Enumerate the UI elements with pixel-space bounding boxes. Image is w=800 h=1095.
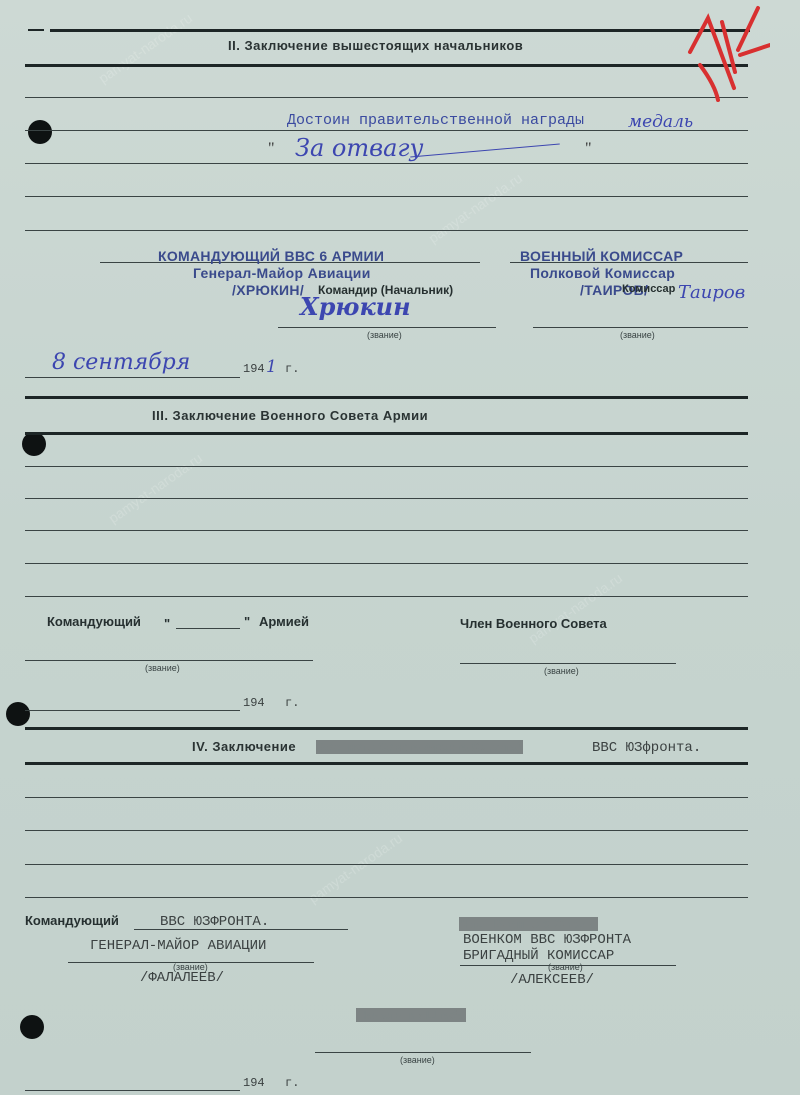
form-line bbox=[25, 596, 748, 597]
signature-line bbox=[315, 1052, 531, 1053]
divider bbox=[25, 727, 748, 730]
divider bbox=[25, 762, 748, 765]
commander-signature: Хрюкин bbox=[300, 292, 411, 321]
divider bbox=[50, 29, 750, 32]
red-pencil-mark-icon bbox=[660, 0, 770, 110]
form-line bbox=[25, 897, 748, 898]
award-sheet-page: pamyat-naroda.ru pamyat-naroda.ru pamyat… bbox=[0, 0, 800, 1095]
form-line bbox=[25, 864, 748, 865]
date-year: 194 bbox=[243, 1076, 265, 1090]
army-commander-label: Командующий bbox=[47, 614, 141, 629]
date-line bbox=[25, 1090, 240, 1091]
date-suffix: г. bbox=[285, 1076, 299, 1090]
punch-hole bbox=[28, 120, 52, 144]
signature-line bbox=[533, 327, 748, 328]
date-line bbox=[25, 377, 240, 378]
award-type-handwritten: медаль bbox=[628, 112, 693, 132]
quote-open: " bbox=[164, 616, 170, 631]
date-line bbox=[25, 710, 240, 711]
rank-label: (звание) bbox=[548, 962, 583, 972]
form-line bbox=[25, 797, 748, 798]
quote-open: " bbox=[268, 140, 275, 158]
council-member-line1: ВОЕНКОМ ВВС ЮЗФРОНТА bbox=[463, 932, 631, 948]
date-suffix: г. bbox=[285, 696, 299, 710]
date-year: 194 bbox=[243, 362, 265, 376]
commander-stamp-line1: КОМАНДУЮЩИЙ ВВС 6 АРМИИ bbox=[158, 248, 384, 264]
form-line bbox=[25, 163, 748, 164]
commissar-signature: Таиров bbox=[678, 282, 745, 303]
rank-label: (звание) bbox=[544, 666, 579, 676]
divider bbox=[25, 64, 748, 67]
quote-close: " bbox=[244, 614, 250, 629]
award-name-handwritten: За отвагу bbox=[295, 134, 423, 162]
date-year-handwritten: 1 bbox=[266, 357, 277, 377]
punch-hole bbox=[20, 1015, 44, 1039]
commissar-stamp-line2: Полковой Комиссар bbox=[530, 265, 675, 281]
redacted-heading: Военного Совета Фронта (Округа) bbox=[316, 740, 523, 754]
council-member-label: Член Военного Совета bbox=[460, 616, 607, 631]
watermark: pamyat-naroda.ru bbox=[425, 170, 525, 246]
redacted-text: Член Военного Совета bbox=[459, 915, 598, 933]
redacted-chief-of-staff: Начальник Штаба bbox=[356, 1008, 466, 1022]
section-4-heading-prefix: IV. Заключение bbox=[192, 739, 296, 754]
section-3-heading: III. Заключение Военного Совета Армии bbox=[152, 408, 428, 423]
redacted-text: Начальник Штаба bbox=[356, 1006, 466, 1024]
front-commander-name: /ФАЛАЛЕЕВ/ bbox=[140, 970, 224, 986]
date-suffix: г. bbox=[285, 362, 299, 376]
rank-label: (звание) bbox=[620, 330, 655, 340]
quote-close: " bbox=[585, 140, 592, 158]
front-commander-label: Командующий bbox=[25, 913, 119, 928]
rank-label: (звание) bbox=[145, 663, 180, 673]
ink-stroke bbox=[410, 143, 560, 157]
signature-line bbox=[25, 660, 313, 661]
form-line bbox=[25, 466, 748, 467]
commander-stamp-name: /ХРЮКИН/ bbox=[232, 282, 304, 298]
section-4-heading-typed: ВВС ЮЗфронта. bbox=[592, 740, 701, 756]
form-line bbox=[25, 563, 748, 564]
commander-stamp-line2: Генерал-Майор Авиации bbox=[193, 265, 371, 281]
form-line bbox=[25, 498, 748, 499]
army-label: Армией bbox=[259, 614, 309, 629]
divider bbox=[25, 432, 748, 435]
council-member-line2: БРИГАДНЫЙ КОМИССАР bbox=[463, 948, 614, 964]
punch-hole bbox=[22, 432, 46, 456]
divider bbox=[28, 29, 44, 31]
watermark: pamyat-naroda.ru bbox=[95, 10, 195, 86]
rank-label: (звание) bbox=[367, 330, 402, 340]
commissar-stamp-line1: ВОЕННЫЙ КОМИССАР bbox=[520, 248, 683, 264]
form-line bbox=[25, 196, 748, 197]
date-handwritten: 8 сентября bbox=[52, 350, 190, 375]
form-line bbox=[25, 97, 748, 98]
section-2-heading: II. Заключение вышестоящих начальников bbox=[228, 38, 523, 53]
commissar-role-label: Комиссар bbox=[622, 283, 675, 295]
redacted-text: Военного Совета Фронта (Округа) bbox=[316, 738, 523, 756]
punch-hole bbox=[6, 702, 30, 726]
form-line bbox=[25, 230, 748, 231]
form-line bbox=[25, 830, 748, 831]
army-number-field bbox=[176, 628, 240, 629]
divider bbox=[25, 396, 748, 399]
front-commander-typed: ВВС ЮЗФРОНТА. bbox=[160, 914, 269, 930]
council-member-name: /АЛЕКСЕЕВ/ bbox=[510, 972, 594, 988]
front-commander-rank-typed: ГЕНЕРАЛ-МАЙОР АВИАЦИИ bbox=[90, 938, 266, 954]
form-line bbox=[25, 530, 748, 531]
rank-label: (звание) bbox=[400, 1055, 435, 1065]
award-recommendation-text: Достоин правительственной награды bbox=[287, 112, 584, 129]
watermark: pamyat-naroda.ru bbox=[525, 570, 625, 646]
redacted-council-member-label: Член Военного Совета bbox=[459, 917, 598, 931]
signature-line bbox=[278, 327, 496, 328]
watermark: pamyat-naroda.ru bbox=[305, 830, 405, 906]
signature-line bbox=[460, 663, 676, 664]
date-year: 194 bbox=[243, 696, 265, 710]
watermark: pamyat-naroda.ru bbox=[105, 450, 205, 526]
